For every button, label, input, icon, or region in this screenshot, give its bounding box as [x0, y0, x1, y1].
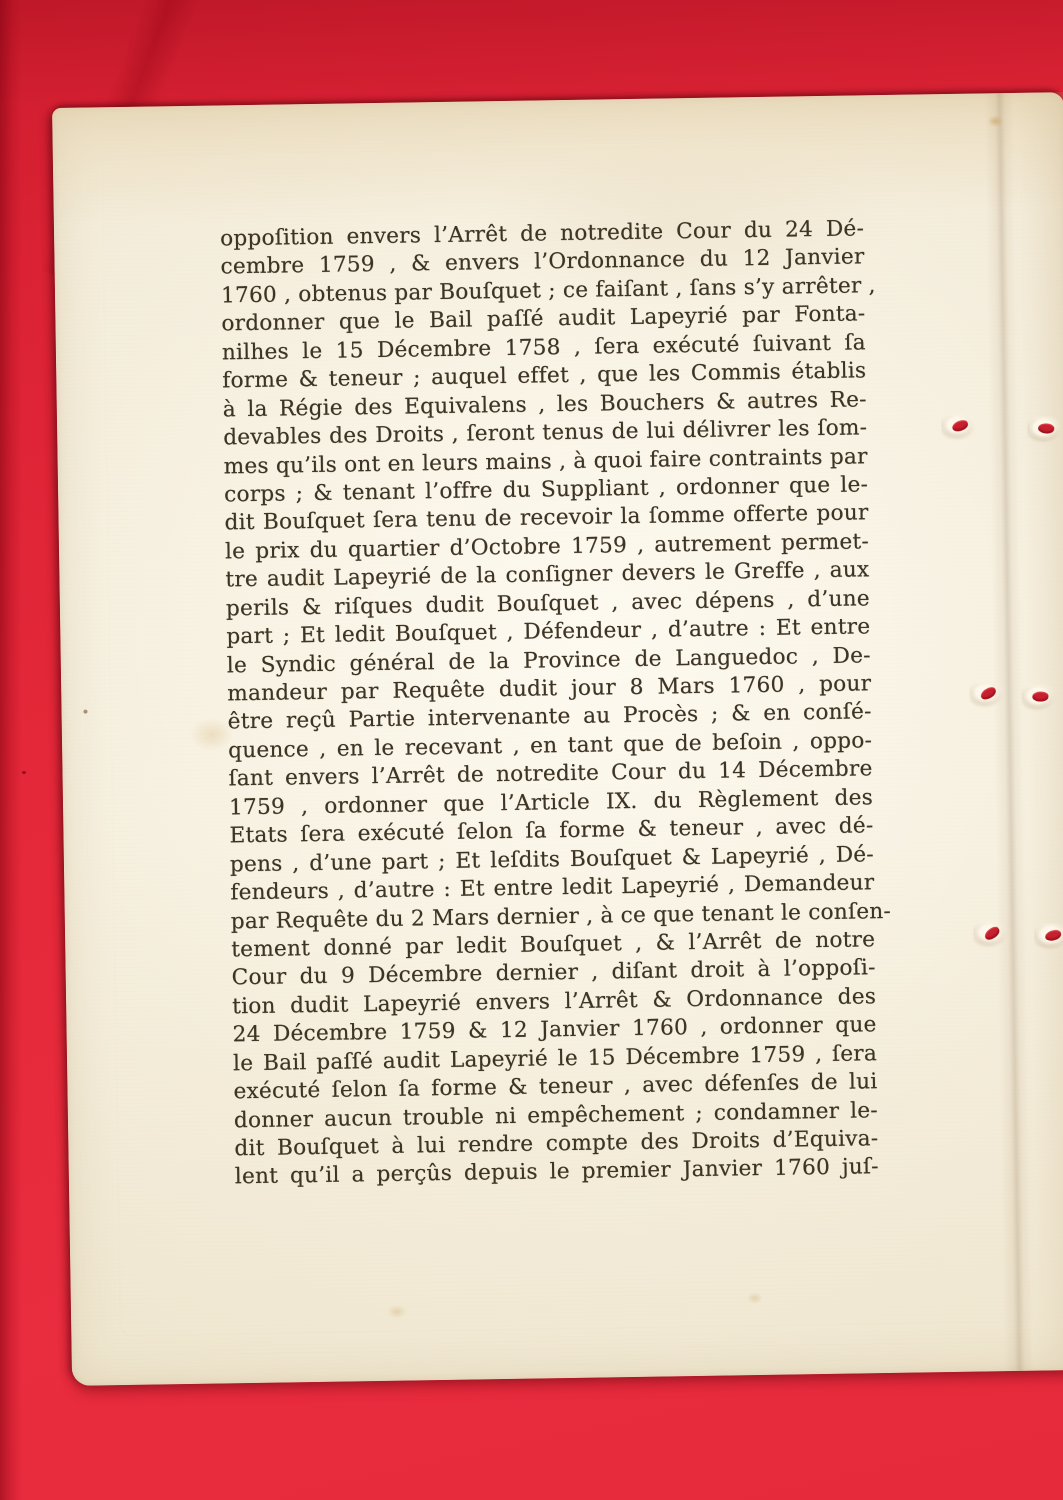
- dust-speck: [22, 771, 26, 774]
- paper-sheet: oppoſition envers l’Arrêt de notredite C…: [52, 92, 1063, 1386]
- red-thread: [983, 925, 1002, 942]
- red-thread: [1032, 691, 1049, 702]
- paper-speck: [83, 710, 87, 714]
- stitch-hole: [1029, 416, 1061, 440]
- scanned-document-photo: oppoſition envers l’Arrêt de notredite C…: [0, 0, 1063, 1500]
- printed-text-block: oppoſition envers l’Arrêt de notredite C…: [220, 215, 879, 1192]
- paper-stain: [387, 1305, 407, 1319]
- red-thread: [979, 685, 998, 701]
- stitch-hole: [975, 921, 1007, 945]
- red-thread: [1037, 422, 1054, 434]
- stitch-hole: [1023, 684, 1055, 708]
- red-thread: [1044, 929, 1061, 941]
- red-thread: [951, 419, 969, 433]
- stitch-hole: [971, 681, 1003, 705]
- paper-stain: [747, 1292, 763, 1304]
- stitch-hole: [943, 414, 975, 438]
- stitch-hole: [1036, 923, 1063, 947]
